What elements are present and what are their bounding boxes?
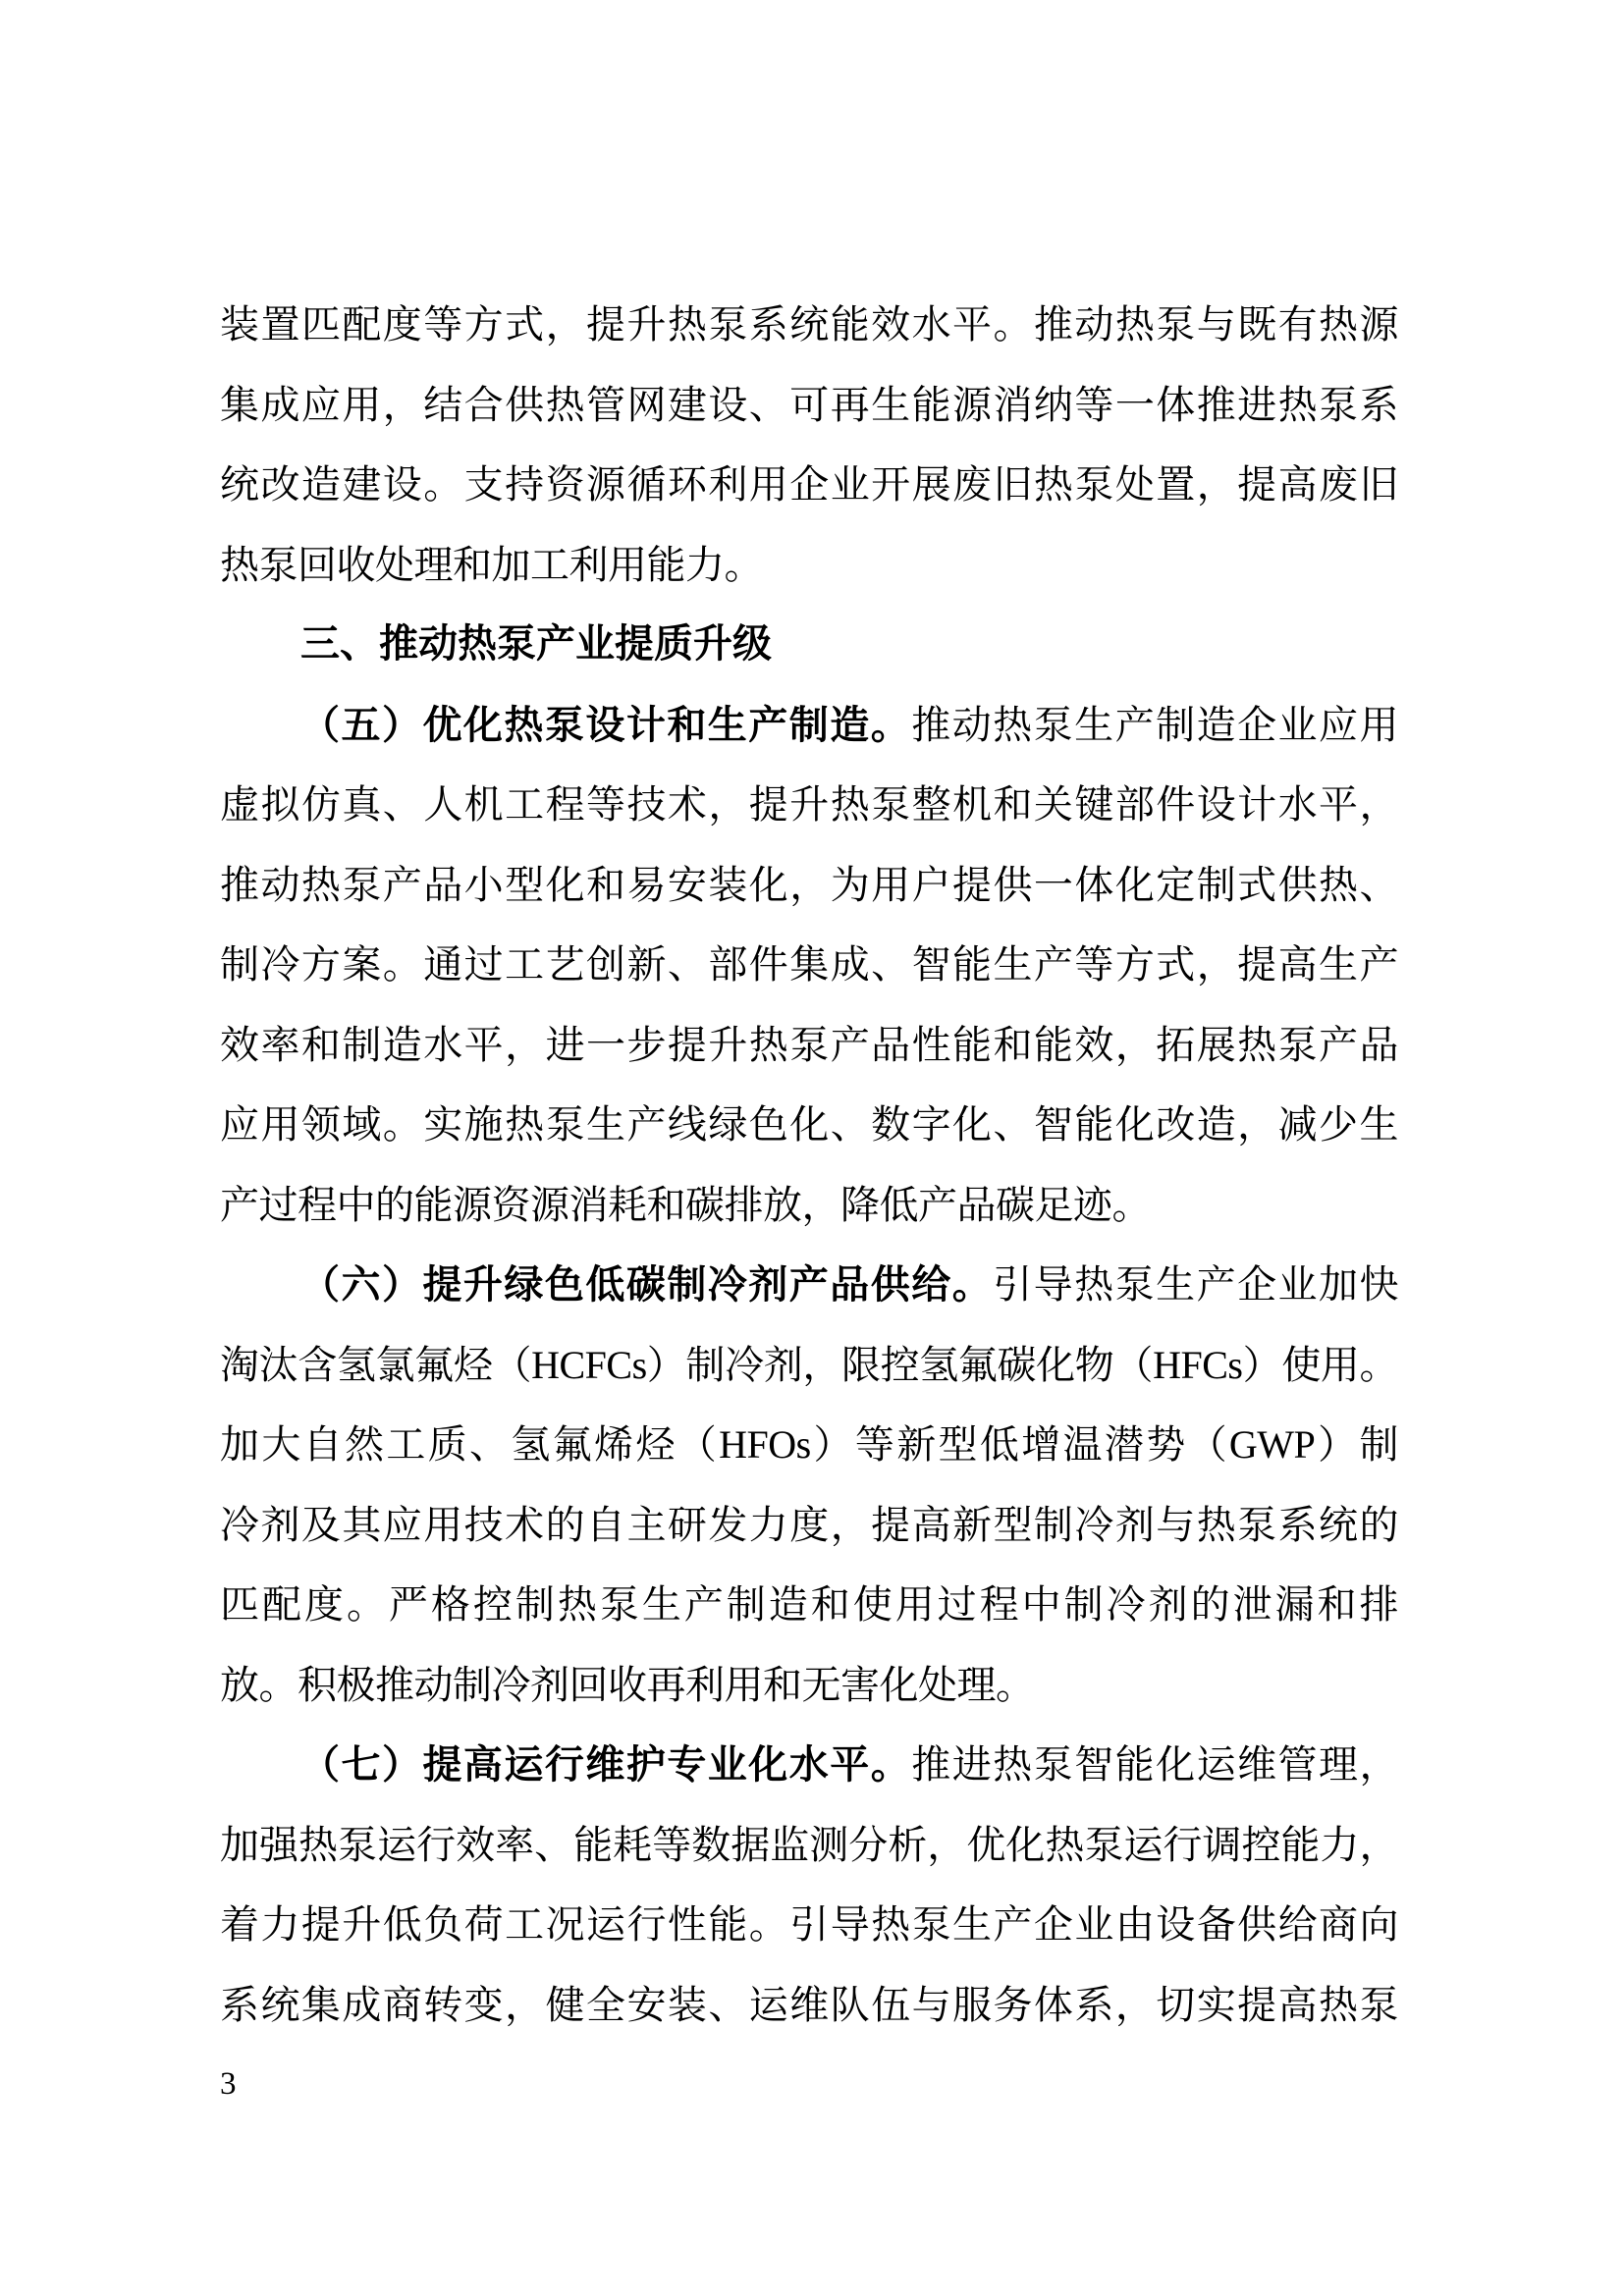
text-line: 制冷方案。通过工艺创新、部件集成、智能生产等方式，提高生产 [220, 925, 1398, 1005]
text-line: 效率和制造水平，进一步提升热泵产品性能和能效，拓展热泵产品 [220, 1005, 1398, 1086]
text-line: 系统集成商转变，健全安装、运维队伍与服务体系，切实提高热泵 [220, 1965, 1398, 2046]
text-line: （六）提升绿色低碳制冷剂产品供给。引导热泵生产企业加快 [220, 1245, 1398, 1325]
item-lead-label: （六）提升绿色低碳制冷剂产品供给。 [300, 1262, 993, 1307]
text-line: 加强热泵运行效率、能耗等数据监测分析，优化热泵运行调控能力， [220, 1805, 1398, 1886]
page-number: 3 [220, 2045, 1398, 2125]
text-line: 应用领域。实施热泵生产线绿色化、数字化、智能化改造，减少生 [220, 1085, 1398, 1165]
text-line: 产过程中的能源资源消耗和碳排放，降低产品碳足迹。 [220, 1165, 1398, 1246]
text-line: （五）优化热泵设计和生产制造。推动热泵生产制造企业应用 [220, 685, 1398, 766]
text-line: 集成应用，结合供热管网建设、可再生能源消纳等一体推进热泵系 [220, 365, 1398, 446]
text-line: 淘汰含氢氯氟烃（HCFCs）制冷剂，限控氢氟碳化物（HFCs）使用。 [220, 1325, 1398, 1406]
text-line: 冷剂及其应用技术的自主研发力度，提高新型制冷剂与热泵系统的 [220, 1485, 1398, 1566]
item-text: 推动热泵生产制造企业应用 [911, 703, 1398, 747]
document-page: 装置匹配度等方式，提升热泵系统能效水平。推动热泵与既有热源 集成应用，结合供热管… [220, 285, 1398, 2125]
item-lead-label: （七）提高运行维护专业化水平。 [300, 1742, 911, 1787]
item-text: 推进热泵智能化运维管理， [911, 1742, 1398, 1787]
text-line: 虚拟仿真、人机工程等技术，提升热泵整机和关键部件设计水平， [220, 765, 1398, 845]
text-line: 统改造建设。支持资源循环利用企业开展废旧热泵处置，提高废旧 [220, 445, 1398, 525]
text-line: 加大自然工质、氢氟烯烃（HFOs）等新型低增温潜势（GWP）制 [220, 1405, 1398, 1485]
item-text: 引导热泵生产企业加快 [993, 1262, 1398, 1307]
section-heading: 三、推动热泵产业提质升级 [220, 605, 1398, 685]
text-line: 匹配度。严格控制热泵生产制造和使用过程中制冷剂的泄漏和排 [220, 1565, 1398, 1645]
text-line: 放。积极推动制冷剂回收再利用和无害化处理。 [220, 1645, 1398, 1726]
text-line: 装置匹配度等方式，提升热泵系统能效水平。推动热泵与既有热源 [220, 285, 1398, 365]
text-line: 热泵回收处理和加工利用能力。 [220, 525, 1398, 606]
text-line: （七）提高运行维护专业化水平。推进热泵智能化运维管理， [220, 1725, 1398, 1805]
text-line: 推动热泵产品小型化和易安装化，为用户提供一体化定制式供热、 [220, 845, 1398, 926]
text-line: 着力提升低负荷工况运行性能。引导热泵生产企业由设备供给商向 [220, 1885, 1398, 1965]
item-lead-label: （五）优化热泵设计和生产制造。 [300, 703, 911, 747]
